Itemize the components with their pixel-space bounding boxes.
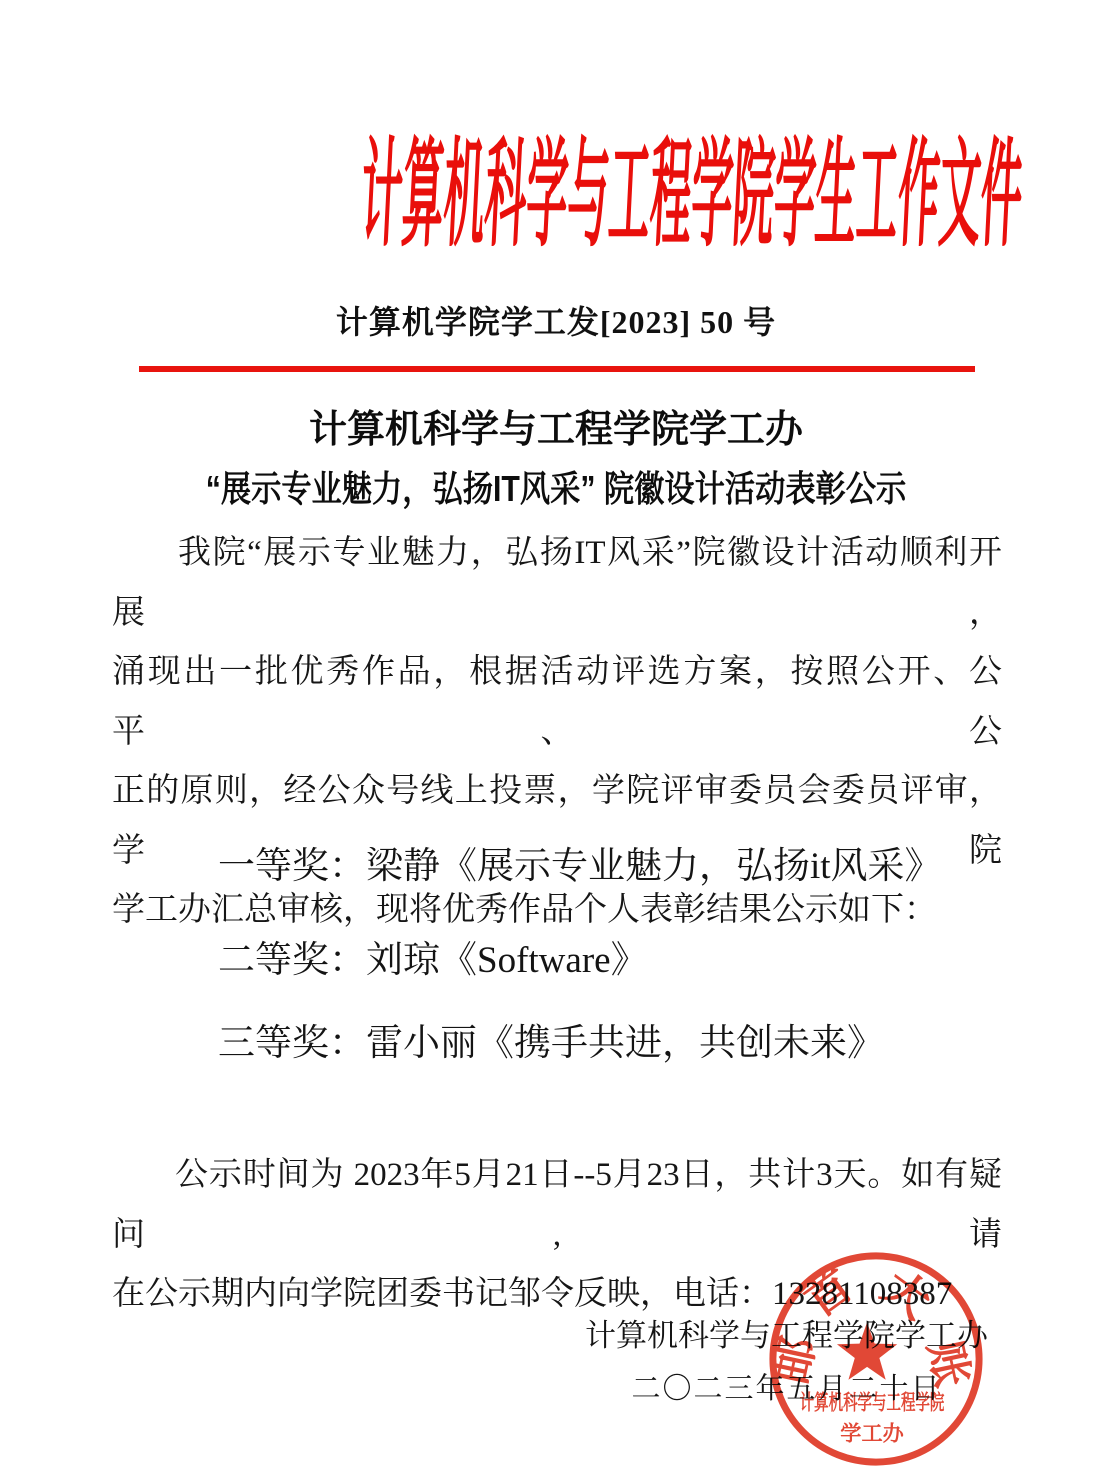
document-title-subject: “展示专业魅力，弘扬IT风采” 院徽设计活动表彰公示 bbox=[89, 461, 1023, 512]
award-third-prize: 三等奖：雷小丽《携手共进，共创未来》 bbox=[218, 1020, 884, 1068]
seal-ring-char: 首 bbox=[795, 1259, 862, 1327]
seal-org-text: 计算机科学与工程学院 bbox=[800, 1391, 945, 1415]
seal-ring-char: 账 bbox=[919, 1336, 978, 1391]
document-banner-title: 计算机科学与工程学院学生工作文件 bbox=[358, 118, 755, 270]
document-page: 计算机科学与工程学院学生工作文件 计算机学院学工发[2023] 50 号 计算机… bbox=[0, 0, 1112, 1470]
award-first-prize: 一等奖：梁静《展示专业魅力，弘扬it风采》 bbox=[218, 843, 942, 891]
body-line: 涌现出一批优秀作品，根据活动评选方案，按照公开、公平、公 bbox=[112, 643, 1002, 762]
award-second-prize: 二等奖：刘琼《Software》 bbox=[218, 937, 648, 985]
seal-ring-char: 邮 bbox=[765, 1332, 824, 1388]
red-separator-rule bbox=[139, 366, 975, 372]
seal-dept-text: 学工办 bbox=[840, 1421, 905, 1445]
star-icon bbox=[837, 1322, 897, 1379]
official-seal: 首 大 邮 账 计算机科学与工程学院 学工办 bbox=[762, 1245, 990, 1470]
body-line: 我院“展示专业魅力，弘扬IT风采”院徽设计活动顺利开展， bbox=[112, 524, 1002, 643]
document-number: 计算机学院学工发[2023] 50 号 bbox=[0, 297, 1112, 343]
document-title-org: 计算机科学与工程学院学工办 bbox=[0, 398, 1112, 453]
